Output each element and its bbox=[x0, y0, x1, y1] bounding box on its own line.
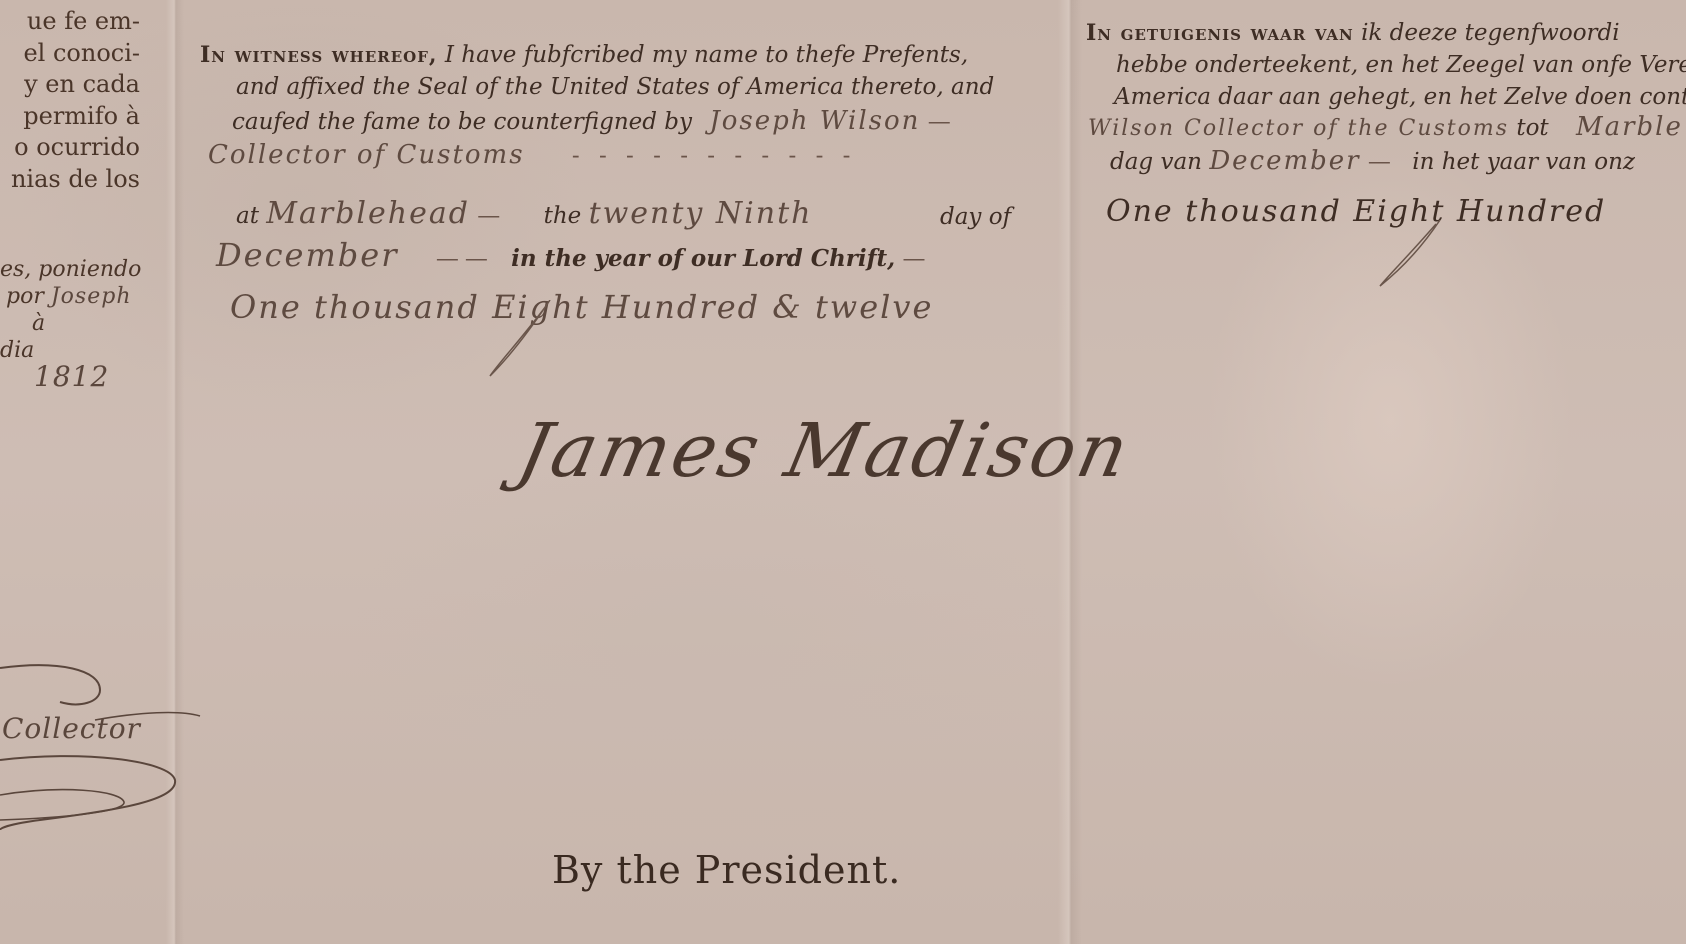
spanish-line: es, poniendo bbox=[0, 256, 141, 283]
handwritten-year-words-dutch: One thousand Eight Hundred bbox=[1106, 194, 1606, 229]
handwritten-day: twenty Ninth bbox=[589, 196, 813, 231]
spanish-lower-block: es, poniendo por Joseph à dia bbox=[0, 256, 141, 364]
spanish-line: nias de los bbox=[0, 164, 140, 196]
spanish-line: el conoci- bbox=[0, 38, 140, 70]
english-line-1: In witness whereof, I have fubfcribed my… bbox=[200, 42, 968, 68]
by-the-president-label: By the President. bbox=[552, 848, 901, 892]
english-line-3: caufed the fame to be counterfigned by J… bbox=[232, 106, 957, 136]
fill-dash: — bbox=[928, 109, 957, 135]
handwritten-place: Marblehead bbox=[266, 196, 470, 231]
dutch-line-2: hebbe onderteekent, en het Zeegel van on… bbox=[1116, 52, 1686, 78]
handwritten-year: 1812 bbox=[34, 360, 109, 393]
spanish-line: permifo à bbox=[0, 101, 140, 133]
handwritten-year-words: One thousand Eight Hundred & twelve bbox=[230, 288, 933, 326]
dutch-flourish bbox=[1370, 220, 1450, 290]
handwritten-countersigner: Joseph Wilson bbox=[709, 106, 920, 136]
spanish-line: ue fe em- bbox=[0, 6, 140, 38]
spanish-line: à bbox=[0, 310, 141, 337]
english-line-4: Collector of Customs - - - - - - - - - -… bbox=[208, 140, 856, 170]
english-line-6: December —— in the year of our Lord Chri… bbox=[216, 236, 932, 274]
day-of-label: day of bbox=[940, 204, 1011, 230]
dutch-line-1: In getuigenis waar van ik deeze tegenfwo… bbox=[1086, 20, 1620, 46]
fill-dash: - - - - - - - - - - - bbox=[572, 143, 857, 169]
handwritten-month-dutch: December bbox=[1209, 146, 1360, 176]
handwritten-title: Collector of Customs bbox=[208, 140, 525, 170]
dutch-line-5: dag van December — in het yaar van onz bbox=[1110, 146, 1635, 176]
dutch-line-4: Wilson Collector of the Customs tot Marb… bbox=[1088, 112, 1683, 142]
handwritten-name: Joseph bbox=[51, 284, 132, 309]
fill-dash: — bbox=[1368, 149, 1397, 175]
document-page: ue fe em- el conoci- y en cada permifo à… bbox=[0, 0, 1686, 944]
dutch-witness-heading: In getuigenis waar van bbox=[1086, 20, 1354, 46]
dutch-line-3: America daar aan gehegt, en het Zelve do… bbox=[1114, 84, 1686, 110]
english-flourish bbox=[480, 300, 560, 380]
fill-dash: — bbox=[903, 246, 932, 272]
spanish-text-column: ue fe em- el conoci- y en cada permifo à… bbox=[0, 6, 140, 195]
collector-flourish bbox=[0, 660, 220, 840]
english-line-5: at Marblehead — the twenty Ninth bbox=[236, 196, 812, 231]
spanish-line: y en cada bbox=[0, 69, 140, 101]
witness-heading: In witness whereof, bbox=[200, 42, 438, 68]
handwritten-month: December bbox=[216, 236, 399, 274]
spanish-line: o ocurrido bbox=[0, 132, 140, 164]
spanish-line: por Joseph bbox=[0, 283, 141, 310]
handwritten-place-dutch: Marble bbox=[1576, 112, 1683, 142]
english-line-2: and affixed the Seal of the United State… bbox=[236, 74, 994, 100]
handwritten-collector-dutch: Wilson Collector of the Customs bbox=[1088, 116, 1509, 141]
fill-dash: — bbox=[477, 203, 506, 229]
president-signature: James Madison bbox=[511, 408, 1139, 494]
fill-dash: —— bbox=[436, 246, 494, 272]
